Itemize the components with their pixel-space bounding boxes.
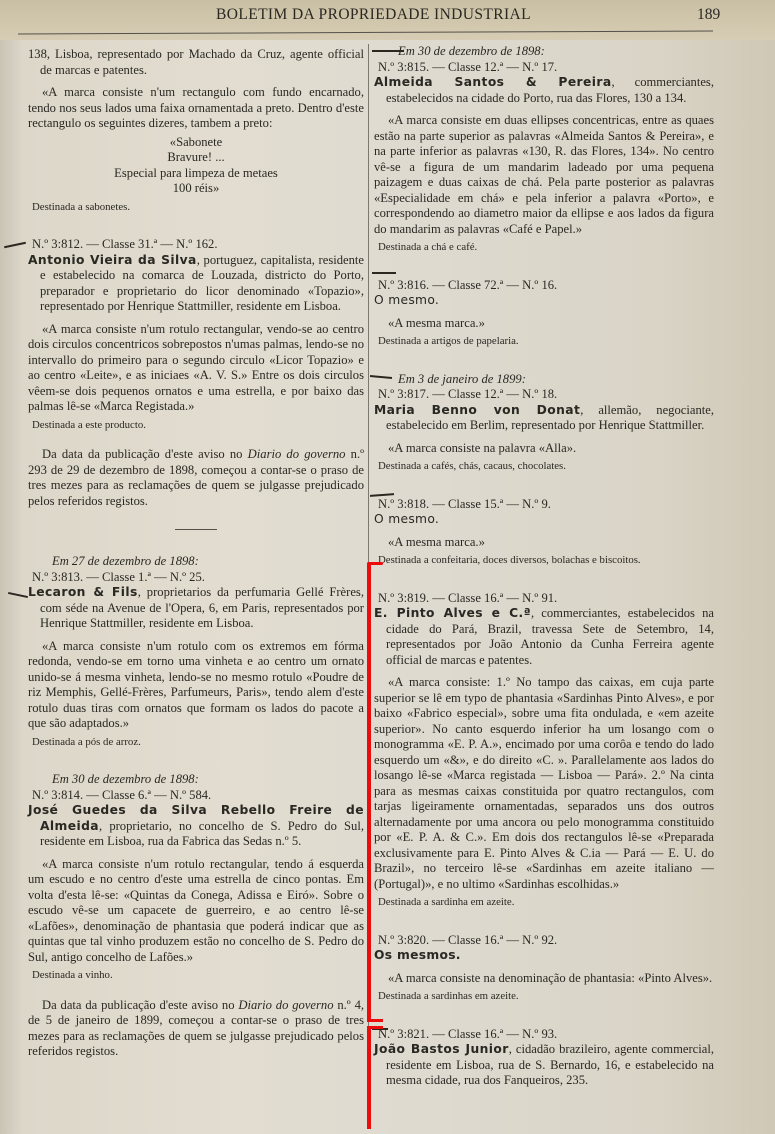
applicant-name: O mesmo.	[374, 293, 714, 309]
applicant-name: Os mesmos.	[374, 948, 714, 964]
pen-tick-mark	[8, 592, 28, 598]
applicant-name: Antonio Vieira da Silva	[28, 253, 197, 267]
left-column: 138, Lisboa, representado por Machado da…	[28, 40, 364, 1060]
registration-number: N.º 3:821. — Classe 16.ª — N.º 93.	[374, 1027, 714, 1043]
entry-3813: N.º 3:813. — Classe 1.ª — N.º 25. Lecaro…	[28, 570, 364, 751]
applicant-name: João Bastos Junior	[374, 1042, 509, 1056]
registration-number: N.º 3:818. — Classe 15.ª — N.º 9.	[374, 497, 714, 513]
pen-tick-mark	[372, 50, 404, 52]
pen-tick-mark	[372, 272, 396, 274]
right-column: Em 30 de dezembro de 1898: N.º 3:815. — …	[374, 40, 714, 1089]
destination: Destinada a cafés, chás, cacaus, chocola…	[374, 459, 714, 475]
registration-number: N.º 3:819. — Classe 16.ª — N.º 91.	[374, 591, 714, 607]
date-heading: Em 3 de janeiro de 1899:	[374, 372, 714, 388]
date-heading: Em 27 de dezembro de 1898:	[28, 554, 364, 570]
registration-number: N.º 3:815. — Classe 12.ª — N.º 17.	[374, 60, 714, 76]
destination: Destinada a este producto.	[28, 418, 364, 434]
mark-description: «A marca consiste na palavra «Alla».	[374, 441, 714, 457]
red-highlight-bracket	[367, 562, 383, 565]
destination: Destinada a pós de arroz.	[28, 735, 364, 751]
publication-title: BOLETIM DA PROPRIEDADE INDUSTRIAL	[216, 6, 531, 24]
entry-3821: N.º 3:821. — Classe 16.ª — N.º 93. João …	[374, 1027, 714, 1089]
destination: Destinada a vinho.	[28, 968, 364, 984]
registration-number: N.º 3:816. — Classe 72.ª — N.º 16.	[374, 278, 714, 294]
mark-description: «A marca consiste: 1.º No tampo das caix…	[374, 675, 714, 892]
applicant-name: Maria Benno von Donat	[374, 403, 580, 417]
registration-number: N.º 3:814. — Classe 6.ª — N.º 584.	[28, 788, 364, 804]
destination: Destinada a chá e café.	[374, 240, 714, 256]
registration-number: N.º 3:812. — Classe 31.ª — N.º 162.	[28, 237, 364, 253]
entry-3817: N.º 3:817. — Classe 12.ª — N.º 18. Maria…	[374, 387, 714, 475]
red-highlight-bracket	[367, 1026, 371, 1129]
date-heading: Em 30 de dezembro de 1898:	[28, 772, 364, 788]
entry-3816: N.º 3:816. — Classe 72.ª — N.º 16. O mes…	[374, 278, 714, 350]
registration-number: N.º 3:820. — Classe 16.ª — N.º 92.	[374, 933, 714, 949]
page-number: 189	[697, 6, 720, 24]
applicant-name: O mesmo.	[374, 512, 714, 528]
journal-title: Diario do governo	[248, 447, 346, 461]
destination: Destinada a confeitaria, doces diversos,…	[374, 553, 714, 569]
mark-description: «A marca consiste n'um rotulo rectangula…	[28, 322, 364, 415]
entry-3815: N.º 3:815. — Classe 12.ª — N.º 17. Almei…	[374, 60, 714, 256]
quote-line: «Sabonete	[28, 135, 364, 151]
destination: Destinada a sabonetes.	[28, 200, 364, 216]
mark-description: «A marca consiste n'um rotulo rectangula…	[28, 857, 364, 966]
entry-continued: 138, Lisboa, representado por Machado da…	[28, 47, 364, 215]
entry-details: 138, Lisboa, representado por Machado da…	[28, 47, 364, 78]
destination: Destinada a sardinhas em azeite.	[374, 989, 714, 1005]
applicant-name: E. Pinto Alves e C.ª	[374, 606, 531, 620]
mark-description: «A marca consiste na denominação de phan…	[374, 971, 714, 987]
mark-description: «A marca consiste em duas ellipses conce…	[374, 113, 714, 237]
mark-description: «A marca consiste n'um rectangulo com fu…	[28, 85, 364, 132]
quote-line: 100 réis»	[28, 181, 364, 197]
applicant-name: Lecaron & Fils	[28, 585, 138, 599]
mark-quote: «Sabonete Bravure! ... Especial para lim…	[28, 135, 364, 197]
quote-line: Especial para limpeza de metaes	[28, 166, 364, 182]
quote-line: Bravure! ...	[28, 150, 364, 166]
publication-notice: Da data da publicação d'este aviso no Di…	[28, 447, 364, 509]
publication-notice: Da data da publicação d'este aviso no Di…	[28, 998, 364, 1060]
entry-3812: N.º 3:812. — Classe 31.ª — N.º 162. Anto…	[28, 237, 364, 433]
destination: Destinada a artigos de papelaria.	[374, 334, 714, 350]
mark-description: «A marca consiste n'um rotulo com os ext…	[28, 639, 364, 732]
registration-number: N.º 3:817. — Classe 12.ª — N.º 18.	[374, 387, 714, 403]
registration-number: N.º 3:813. — Classe 1.ª — N.º 25.	[28, 570, 364, 586]
mark-description: «A mesma marca.»	[374, 535, 714, 551]
destination: Destinada a sardinha em azeite.	[374, 895, 714, 911]
page-header: BOLETIM DA PROPRIEDADE INDUSTRIAL 189	[0, 4, 775, 28]
journal-title: Diario do governo	[238, 998, 333, 1012]
entry-3814: N.º 3:814. — Classe 6.ª — N.º 584. José …	[28, 788, 364, 984]
pen-tick-mark	[4, 242, 26, 249]
applicant-name: Almeida Santos & Pereira	[374, 75, 612, 89]
mark-description: «A mesma marca.»	[374, 316, 714, 332]
red-highlight-bracket	[367, 1019, 383, 1022]
entry-3820: N.º 3:820. — Classe 16.ª — N.º 92. Os me…	[374, 933, 714, 1005]
red-highlight-bracket	[367, 564, 371, 1022]
entry-3818: N.º 3:818. — Classe 15.ª — N.º 9. O mesm…	[374, 497, 714, 569]
date-heading: Em 30 de dezembro de 1898:	[374, 44, 714, 60]
entry-3819: N.º 3:819. — Classe 16.ª — N.º 91. E. Pi…	[374, 591, 714, 911]
